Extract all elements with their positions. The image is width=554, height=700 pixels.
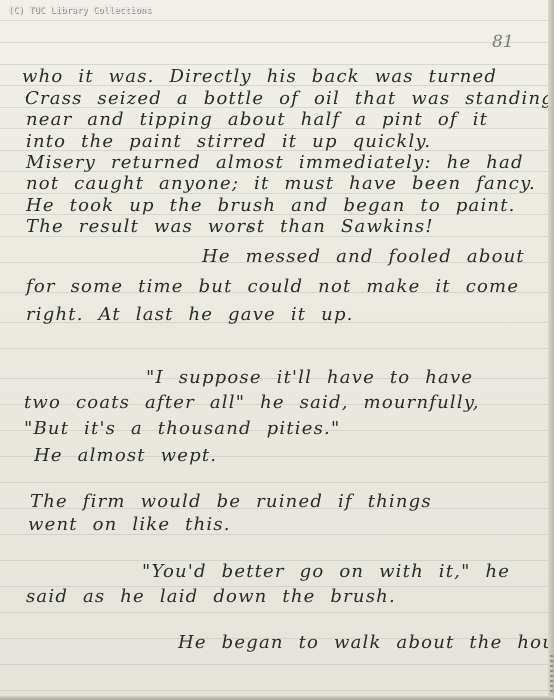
page-bottom-edge — [0, 696, 554, 700]
ruled-line — [0, 42, 548, 43]
text-line: for some time but could not make it come — [26, 276, 519, 297]
copyright-watermark: (C) TUC Library Collections — [8, 6, 152, 16]
text-line: went on like this. — [28, 514, 231, 535]
text-line: "But it's a thousand pities." — [24, 418, 340, 439]
text-line: Crass seized a bottle of oil that was st… — [25, 88, 554, 109]
ruled-line — [0, 64, 548, 65]
text-line: "You'd better go on with it," he — [142, 561, 510, 582]
text-line: near and tipping about half a pint of it — [26, 109, 488, 130]
text-line: right. At last he gave it up. — [26, 304, 354, 325]
ruled-line — [0, 20, 548, 21]
text-line: Misery returned almost immediately: he h… — [26, 152, 524, 173]
text-line: He messed and fooled about — [202, 246, 525, 267]
text-line: The result was worst than Sawkins! — [26, 216, 434, 237]
ruled-line — [0, 690, 548, 691]
text-line: not caught anyone; it must have been fan… — [26, 173, 536, 194]
ruled-line — [0, 664, 548, 665]
ruled-line — [0, 348, 548, 349]
edge-tick-marks — [550, 655, 553, 695]
text-line: He took up the brush and began to paint. — [26, 195, 516, 216]
text-line: The firm would be ruined if things — [30, 491, 432, 512]
text-line: into the paint stirred it up quickly. — [26, 131, 431, 152]
text-line: two coats after all" he said, mournfully… — [24, 392, 480, 413]
text-line: He almost wept. — [34, 445, 217, 466]
text-line: "I suppose it'll have to have — [146, 367, 473, 388]
ruled-line — [0, 482, 548, 483]
text-line: said as he laid down the brush. — [26, 586, 396, 607]
text-line: who it was. Directly his back was turned — [22, 66, 497, 87]
ruled-line — [0, 612, 548, 613]
manuscript-page: (C) TUC Library Collections 81 who it wa… — [0, 0, 554, 700]
text-line: He began to walk about the house — [178, 632, 554, 653]
page-right-edge — [548, 0, 554, 700]
page-number: 81 — [492, 32, 514, 52]
interlinear-correction: e — [246, 222, 253, 235]
